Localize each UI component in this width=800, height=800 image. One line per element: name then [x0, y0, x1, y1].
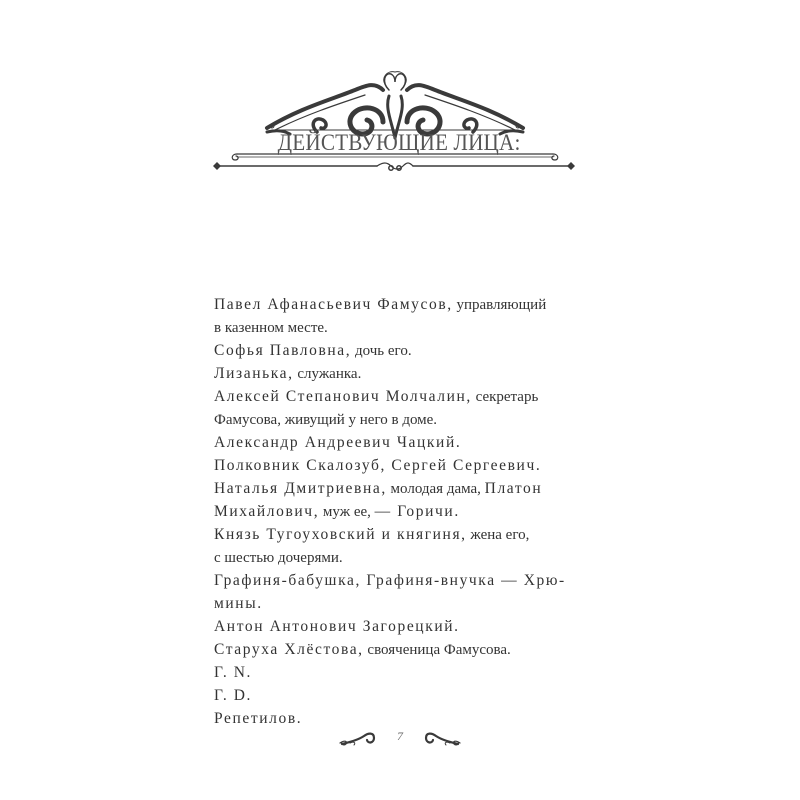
character-description: молодая дама, [387, 481, 485, 497]
flourish-ornament-icon [205, 60, 585, 180]
character-description: жена его, [467, 527, 530, 543]
cast-list-line: мины. [214, 592, 574, 615]
cast-list-line: Софья Павловна, дочь его. [214, 339, 574, 362]
character-description: в казенном месте. [214, 320, 328, 336]
cast-list-line: Павел Афанасьевич Фамусов, управляющий [214, 293, 574, 316]
character-name: Старуха Хлёстова, [214, 641, 364, 658]
character-name: Софья Павловна, [214, 342, 351, 359]
cast-list-line: Графиня-бабушка, Графиня-внучка — Хрю- [214, 569, 574, 592]
character-name: Павел Афанасьевич Фамусов, [214, 296, 453, 313]
character-name: Антон Антонович Загорецкий. [214, 618, 460, 635]
character-name: Графиня-бабушка, Графиня-внучка — Хрю- [214, 572, 566, 589]
character-name: Репетилов. [214, 710, 302, 727]
character-description: муж ее, [319, 504, 374, 520]
page-footer: 7 [330, 722, 470, 758]
cast-list-line: Г. N. [214, 661, 574, 684]
cast-list-line: Лизанька, служанка. [214, 362, 574, 385]
character-name: Алексей Степанович Молчалин, [214, 388, 472, 405]
cast-list-line: в казенном месте. [214, 316, 574, 339]
cast-list-line: Михайлович, муж ее, — Горичи. [214, 500, 574, 523]
cast-list-line: Фамусова, живущий у него в доме. [214, 408, 574, 431]
page-heading: ДЕЙСТВУЮЩИЕ ЛИЦА: [31, 131, 767, 155]
character-name: — Горичи. [375, 503, 460, 520]
character-name: Г. D. [214, 687, 252, 704]
cast-list-line: Александр Андреевич Чацкий. [214, 431, 574, 454]
character-name: Александр Андреевич Чацкий. [214, 434, 461, 451]
page-number: 7 [330, 729, 470, 744]
cast-list-line: Наталья Дмитриевна, молодая дама, Платон [214, 477, 574, 500]
cast-list-line: Антон Антонович Загорецкий. [214, 615, 574, 638]
character-description: служанка. [294, 366, 362, 382]
cast-list-line: Алексей Степанович Молчалин, секретарь [214, 385, 574, 408]
cast-list-line: Князь Тугоуховский и княгиня, жена его, [214, 523, 574, 546]
character-name: Лизанька, [214, 365, 294, 382]
character-description: свояченица Фамусова. [364, 642, 511, 658]
character-name: Михайлович, [214, 503, 319, 520]
character-name: Полковник Скалозуб, Сергей Сергеевич. [214, 457, 541, 474]
character-name: мины. [214, 595, 263, 612]
cast-list-line: Полковник Скалозуб, Сергей Сергеевич. [214, 454, 574, 477]
character-name: Г. N. [214, 664, 252, 681]
character-description: управляющий [453, 297, 547, 313]
cast-list-line: Старуха Хлёстова, свояченица Фамусова. [214, 638, 574, 661]
character-description: секретарь [472, 389, 538, 405]
cast-list: Павел Афанасьевич Фамусов, управляющийв … [214, 293, 574, 730]
character-name: Князь Тугоуховский и княгиня, [214, 526, 467, 543]
character-name: Платон [485, 480, 543, 497]
character-description: дочь его. [351, 343, 411, 359]
character-description: с шестью дочерями. [214, 550, 343, 566]
character-description: Фамусова, живущий у него в доме. [214, 412, 437, 428]
character-name: Наталья Дмитриевна, [214, 480, 387, 497]
cast-list-line: с шестью дочерями. [214, 546, 574, 569]
cast-list-line: Г. D. [214, 684, 574, 707]
header-ornament [205, 60, 585, 180]
